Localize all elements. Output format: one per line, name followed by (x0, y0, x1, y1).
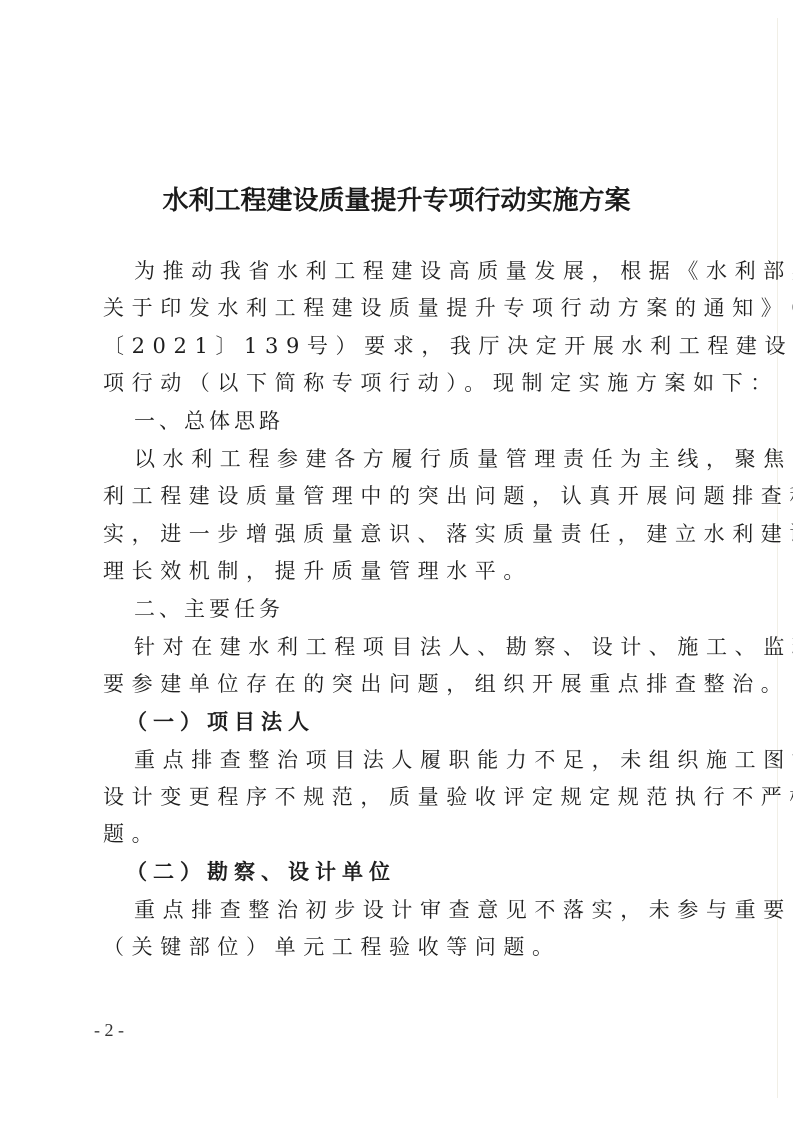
section-heading-overall-approach: 一、总体思路 (134, 406, 734, 436)
document-title: 水利工程建设质量提升专项行动实施方案 (0, 186, 793, 216)
sub1-paragraph-line-2: 设计变更程序不规范，质量验收评定规定规范执行不严格等问 (103, 782, 703, 812)
intro-paragraph-line-3: 〔2021〕139号）要求，我厅决定开展水利工程建设质量提升专 (103, 331, 703, 361)
section1-paragraph-line-3: 实，进一步增强质量意识、落实质量责任，建立水利建设质量管 (103, 519, 703, 549)
section-heading-main-tasks: 二、主要任务 (134, 594, 734, 624)
sub1-paragraph-line-1: 重点排查整治项目法人履职能力不足，未组织施工图审查， (134, 745, 734, 775)
section2-paragraph-line-1: 针对在建水利工程项目法人、勘察、设计、施工、监理等主 (134, 632, 734, 662)
subsection-heading-survey-design-units: （二）勘察、设计单位 (126, 857, 726, 887)
subsection-heading-project-legal-person: （一）项目法人 (126, 707, 726, 737)
page-number: - 2 - (94, 1018, 124, 1042)
sub1-paragraph-line-3: 题。 (103, 819, 703, 849)
sub2-paragraph-line-1: 重点排查整治初步设计审查意见不落实，未参与重要隐蔽 (134, 895, 734, 925)
section2-paragraph-line-2: 要参建单位存在的突出问题，组织开展重点排查整治。 (103, 669, 703, 699)
section1-paragraph-line-2: 利工程建设质量管理中的突出问题，认真开展问题排查和整改落 (103, 481, 703, 511)
scan-edge-line (777, 18, 778, 1098)
intro-paragraph-line-4: 项行动（以下简称专项行动）。现制定实施方案如下： (103, 368, 703, 398)
section1-paragraph-line-4: 理长效机制，提升质量管理水平。 (103, 556, 703, 586)
intro-paragraph-line-2: 关于印发水利工程建设质量提升专项行动方案的通知》（办建设 (103, 293, 703, 323)
intro-paragraph-line-1: 为推动我省水利工程建设高质量发展，根据《水利部办公厅 (134, 256, 734, 286)
sub2-paragraph-line-2: （关键部位）单元工程验收等问题。 (103, 932, 703, 962)
section1-paragraph-line-1: 以水利工程参建各方履行质量管理责任为主线，聚焦当前水 (134, 444, 734, 474)
